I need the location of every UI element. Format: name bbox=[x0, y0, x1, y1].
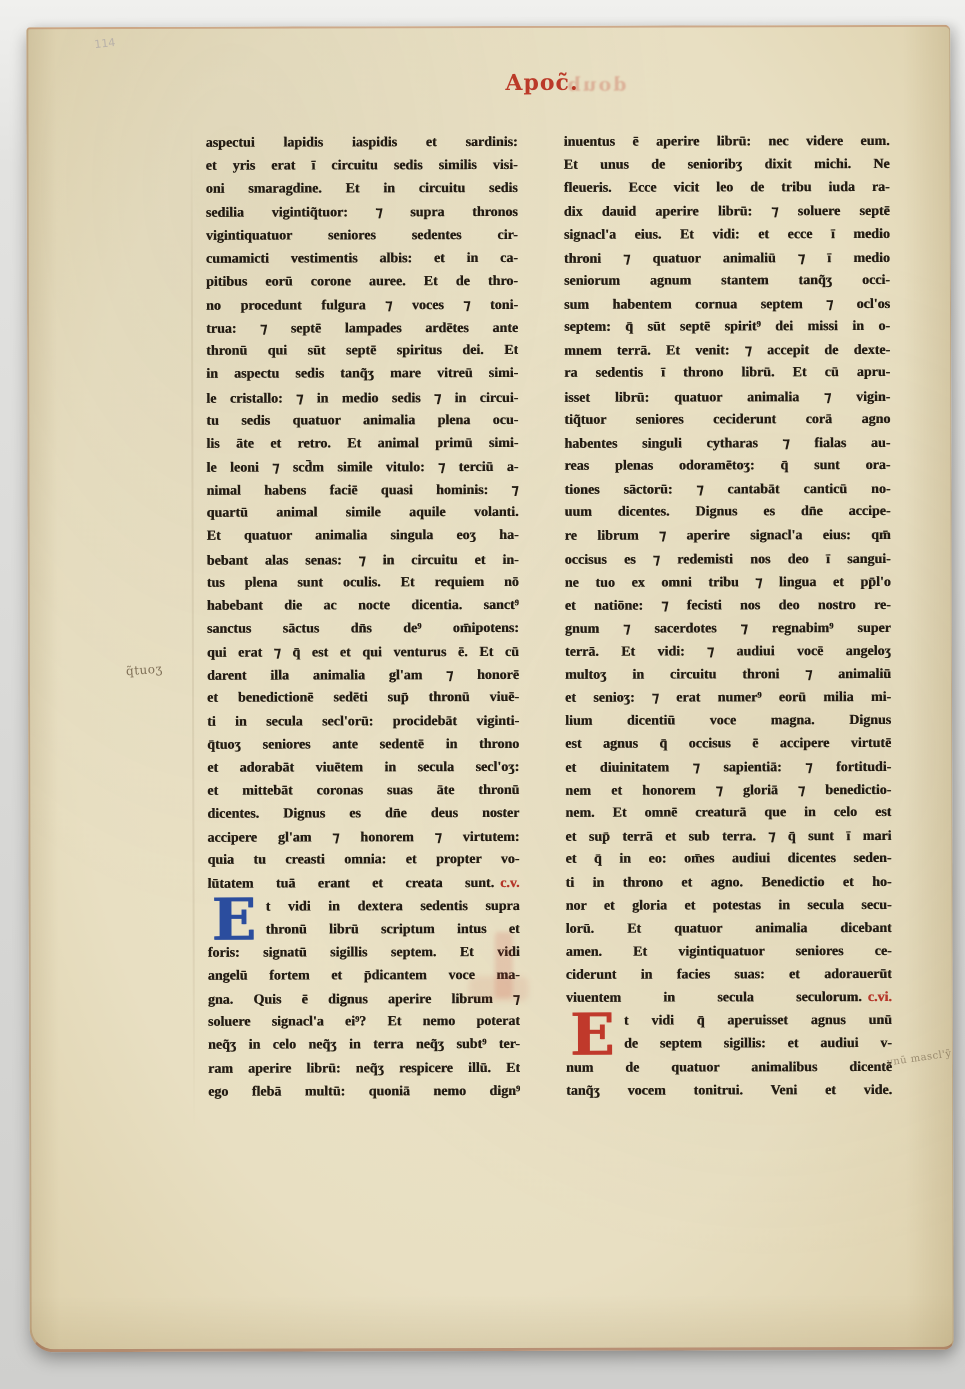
column-crease-line bbox=[191, 121, 196, 1131]
text-line: tiq̃tuor seniores ceciderunt corā agno bbox=[564, 412, 890, 436]
text-line: accipere gl'am ⁊ honorem ⁊ virtutem: bbox=[207, 829, 519, 853]
text-line: neq̃ʒ in celo neq̃ʒ in terra neq̃ʒ subt⁹… bbox=[208, 1037, 520, 1061]
red-ink-smudge bbox=[469, 976, 529, 1002]
text-line: terrā. Et vidi: ⁊ audiui vocē angeloʒ bbox=[565, 643, 891, 667]
text-line: le cristallo: ⁊ in medio sedis ⁊ in circ… bbox=[206, 389, 518, 413]
text-line: uum dicentes. Dignus es dn̄e accipe- bbox=[565, 504, 891, 528]
text-line: throni ⁊ quatuor animaliū ⁊ ī medio bbox=[564, 250, 890, 274]
text-line: sum habentem cornua septem ⁊ ocl'os bbox=[564, 296, 890, 320]
text-line: est agnus q̄ occisus ē accipere virtutē bbox=[565, 736, 891, 760]
text-line: darent illa animalia gl'am ⁊ honorē bbox=[207, 667, 519, 691]
text-line: ego flebā multū: quoniā nemo dign⁹ bbox=[208, 1084, 520, 1108]
vellum-leaf: 114 Apoc̃. doub aspectui lapidis iaspidi… bbox=[26, 25, 953, 1352]
text-line: in aspectu sedis tanq̃ʒ mare vitreū simi… bbox=[206, 366, 518, 390]
text-line: seniorum agnum stantem tanq̃ʒ occi- bbox=[564, 273, 890, 297]
text-line: vigintiquatuor seniores sedentes cir- bbox=[206, 227, 518, 251]
text-line: thronū qui sūt septē spiritus dei. Et bbox=[206, 343, 518, 367]
text-line: sanctus sāctus dn̄s de⁹ om̄ipotens: bbox=[207, 621, 519, 645]
text-line: nor et gloria et potestas in secula secu… bbox=[566, 898, 892, 922]
text-line: et senioʒ: ⁊ erat numer⁹ eorū milia mi- bbox=[565, 689, 891, 713]
illuminated-initial-red: E bbox=[563, 1010, 621, 1058]
text-line: no procedunt fulgura ⁊ voces ⁊ toni- bbox=[206, 297, 518, 321]
text-line: dix dauid aperire librū: ⁊ soluere septē bbox=[564, 203, 890, 227]
text-line: occisus es ⁊ redemisti nos deo ī sangui- bbox=[565, 550, 891, 574]
margin-annotation-quatuor: q̃tuoʒ bbox=[125, 662, 163, 679]
text-line: ra sedentis ī throno librū. Et cū apru- bbox=[564, 365, 890, 389]
text-line: ti in throno et agno. Benedictio et ho- bbox=[565, 874, 891, 898]
text-line: et sup̄ terrā et sub terra. ⁊ q̄ sunt ī … bbox=[565, 828, 891, 852]
text-line: tiones sāctorū: ⁊ cantabāt canticū no- bbox=[564, 481, 890, 505]
text-line: Et quatuor animalia singula eoʒ ha- bbox=[207, 528, 519, 552]
pencil-folio-number: 114 bbox=[94, 36, 116, 51]
text-line: ciderunt in facies suas: et adorauerūt bbox=[566, 967, 892, 991]
text-line: re librum ⁊ aperire signacl'a eius: qm̄ bbox=[565, 527, 891, 551]
text-line: dicentes. Dignus es dn̄e deus noster bbox=[207, 806, 519, 830]
text-line: mnem terrā. Et venit: ⁊ accepit de dexte… bbox=[564, 342, 890, 366]
text-line: et adorabāt viuētem in secula secl'oʒ: bbox=[207, 760, 519, 784]
text-line: nem. Et omnē creaturā que in celo est bbox=[565, 805, 891, 829]
text-line: amen. Et vigintiquatuor seniores ce- bbox=[566, 944, 892, 968]
text-line: inuentus ē aperire librū: nec videre eum… bbox=[564, 134, 890, 158]
chapter-marker: c.vi. bbox=[862, 990, 892, 1005]
text-line: et benedictionē sedēti sup̄ thronū viuē- bbox=[207, 690, 519, 714]
ink-show-through-text: doub bbox=[565, 74, 626, 96]
text-line: ram aperire librū: neq̃ʒ respicere illū.… bbox=[208, 1061, 520, 1085]
text-column-left: aspectui lapidis iaspidis et sardinis:et… bbox=[206, 135, 521, 1108]
text-line: sedilia vigintiq̃tuor: ⁊ supra thronos bbox=[206, 204, 518, 228]
text-line: num de quatuor animalibus dicentē bbox=[566, 1060, 892, 1084]
text-line: qui erat ⁊ q̄ est et qui venturus ē. Et … bbox=[207, 644, 519, 668]
text-line: nem et honorem ⁊ gloriā ⁊ benedictio- bbox=[565, 782, 891, 806]
text-line: pitibus eorū corone auree. Et de thro- bbox=[206, 274, 518, 298]
text-line: et mittebāt coronas suas āte thronū bbox=[207, 783, 519, 807]
photo-backdrop: { "header": { "running_title": "Apoc̃.",… bbox=[0, 0, 965, 1389]
text-line: quartū animal simile aquile volanti. bbox=[207, 505, 519, 529]
text-line: q̄tuoʒ seniores ante sedentē in throno bbox=[207, 737, 519, 761]
text-line: lium dicentiū voce magna. Dignus bbox=[565, 712, 891, 736]
text-line: habebant die ac nocte dicentia. sanct⁹ bbox=[207, 598, 519, 622]
text-line: bebant alas senas: ⁊ in circuitu et in- bbox=[207, 551, 519, 575]
text-line: et natiōne: ⁊ fecisti nos deo nostro re- bbox=[565, 597, 891, 621]
text-line: Et unus de senioribʒ dixit michi. Ne bbox=[564, 157, 890, 181]
text-line: gnum ⁊ sacerdotes ⁊ regnabim⁹ super bbox=[565, 620, 891, 644]
text-line: habentes singuli cytharas ⁊ fialas au- bbox=[564, 435, 890, 459]
text-line: et yris erat ī circuitu sedis similis vi… bbox=[206, 158, 518, 182]
text-line: lis āte et retro. Et animal primū simi- bbox=[206, 436, 518, 460]
text-line: tu sedis quatuor animalia plena ocu- bbox=[206, 413, 518, 437]
text-line: ti in secula secl'orū: procidebāt vigint… bbox=[207, 713, 519, 737]
illuminated-initial-blue: E bbox=[205, 896, 263, 944]
text-line: soluere signacl'a ei⁹? Et nemo poterat bbox=[208, 1014, 520, 1038]
margin-annotation-unum: vnū mascl'ỹ bbox=[887, 1048, 953, 1068]
text-line: aspectui lapidis iaspidis et sardinis: bbox=[206, 135, 518, 159]
text-column-right: inuentus ē aperire librū: nec videre eum… bbox=[564, 134, 893, 1107]
text-line: lorū. Et quatuor animalia dicebant bbox=[566, 921, 892, 945]
text-line: septem: q̄ sūt septē spirit⁹ dei missi i… bbox=[564, 319, 890, 343]
text-line: quia tu creasti omnia: et propter vo- bbox=[207, 852, 519, 876]
text-line: cumamicti vestimentis albis: et in ca- bbox=[206, 251, 518, 275]
text-line: et diuinitatem ⁊ sapientiā: ⁊ fortitudi- bbox=[565, 759, 891, 783]
text-line: signacl'a eius. Et vidi: et ecce ī medio bbox=[564, 227, 890, 251]
text-line: trua: ⁊ septē lampades ardētes ante bbox=[206, 320, 518, 344]
text-line: ne tuo ex omni tribu ⁊ lingua et pp̄l'o bbox=[565, 574, 891, 598]
text-line: nimal habens faciē quasi hominis: ⁊ bbox=[206, 482, 518, 506]
text-line: tanq̃ʒ vocem tonitrui. Veni et vide. bbox=[566, 1083, 892, 1107]
chapter-marker: c.v. bbox=[494, 875, 519, 890]
text-line: tus plena sunt oculis. Et requiem nō bbox=[207, 575, 519, 599]
text-line: isset librū: quatuor animalia ⁊ vigin- bbox=[564, 388, 890, 412]
text-line: oni smaragdine. Et in circuitu sedis bbox=[206, 181, 518, 205]
text-line: le leoni ⁊ scd̄m simile vitulo: ⁊ terciū… bbox=[206, 459, 518, 483]
text-line: fleueris. Ecce vicit leo de tribu iuda r… bbox=[564, 180, 890, 204]
text-line: reas plenas odoramētoʒ: q̄ sunt ora- bbox=[564, 458, 890, 482]
text-line: multoʒ in circuitu throni ⁊ animaliū bbox=[565, 666, 891, 690]
text-line: et q̄ in eo: om̄es audiui dicentes seden… bbox=[565, 851, 891, 875]
